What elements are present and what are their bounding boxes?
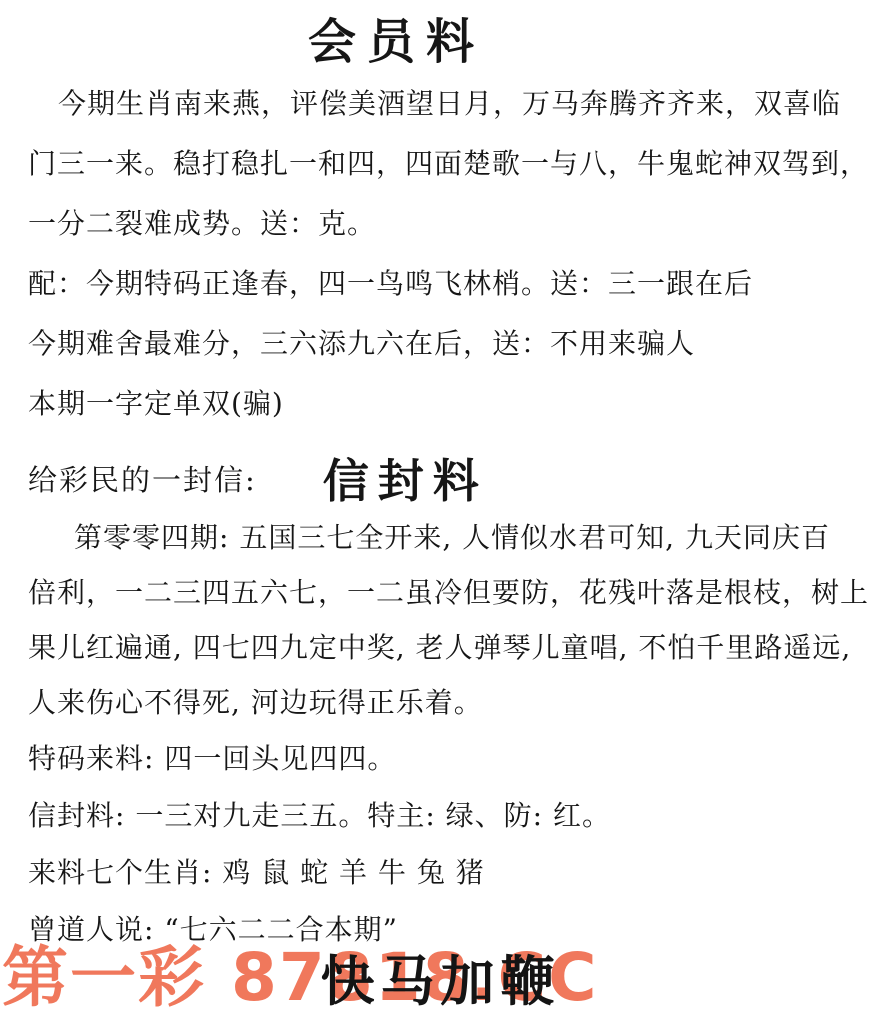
special-code-tip-line: 特码来料: 四一回头见四四。: [28, 730, 853, 787]
envelope-paragraph-line: 人来伤心不得死, 河边玩得正乐着。: [28, 675, 853, 730]
member-tip-lines: 配：今期特码正逢春，四一鸟鸣飞林梢。送：三一跟在后 今期难舍最难分，三六添九六在…: [28, 254, 853, 434]
envelope-tip-lines: 特码来料: 四一回头见四四。 信封料: 一三对九走三五。特主: 绿、防: 红。 …: [28, 730, 853, 958]
member-tip-line: 今期难舍最难分，三六添九六在后，送：不用来骗人: [28, 314, 853, 374]
footer: 第一彩 87818.CC 快马加鞭: [28, 958, 853, 1024]
member-paragraph: 今期生肖南来燕，评偿美酒望日月，万马奔腾齐齐来，双喜临 门三一来。稳打稳扎一和四…: [28, 74, 853, 254]
zodiac-tip-line: 来料七个生肖: 鸡 鼠 蛇 羊 牛 兔 猪: [28, 844, 853, 901]
envelope-tip-line: 信封料: 一三对九走三五。特主: 绿、防: 红。: [28, 787, 853, 844]
member-tip-line: 本期一字定单双(骗): [28, 374, 853, 434]
member-tip-line: 配：今期特码正逢春，四一鸟鸣飞林梢。送：三一跟在后: [28, 254, 853, 314]
scanned-lottery-tip-sheet: 会员料 今期生肖南来燕，评偿美酒望日月，万马奔腾齐齐来，双喜临 门三一来。稳打稳…: [0, 0, 873, 1024]
envelope-section-heading: 信封料: [323, 445, 488, 511]
envelope-section-header: 给彩民的一封信: 信封料: [28, 446, 853, 510]
page-title: 会员料: [28, 10, 853, 74]
member-paragraph-line: 门三一来。稳打稳扎一和四，四面楚歌一与八，牛鬼蛇神双驾到，: [28, 134, 853, 194]
envelope-paragraph-line: 果儿红遍通, 四七四九定中奖, 老人弹琴儿童唱, 不怕千里路遥远,: [28, 620, 853, 675]
member-paragraph-line: 今期生肖南来燕，评偿美酒望日月，万马奔腾齐齐来，双喜临: [28, 74, 853, 134]
envelope-paragraph-line: 倍利，一二三四五六七，一二虽冷但要防，花残叶落是根枝，树上: [28, 565, 853, 620]
footer-slogan: 快马加鞭: [321, 954, 561, 1008]
envelope-paragraph-line: 第零零四期: 五国三七全开来, 人情似水君可知, 九天同庆百: [28, 510, 853, 565]
envelope-paragraph: 第零零四期: 五国三七全开来, 人情似水君可知, 九天同庆百 倍利，一二三四五六…: [28, 510, 853, 730]
member-paragraph-line: 一分二裂难成势。送：克。: [28, 194, 853, 254]
envelope-intro-label: 给彩民的一封信:: [28, 458, 257, 499]
